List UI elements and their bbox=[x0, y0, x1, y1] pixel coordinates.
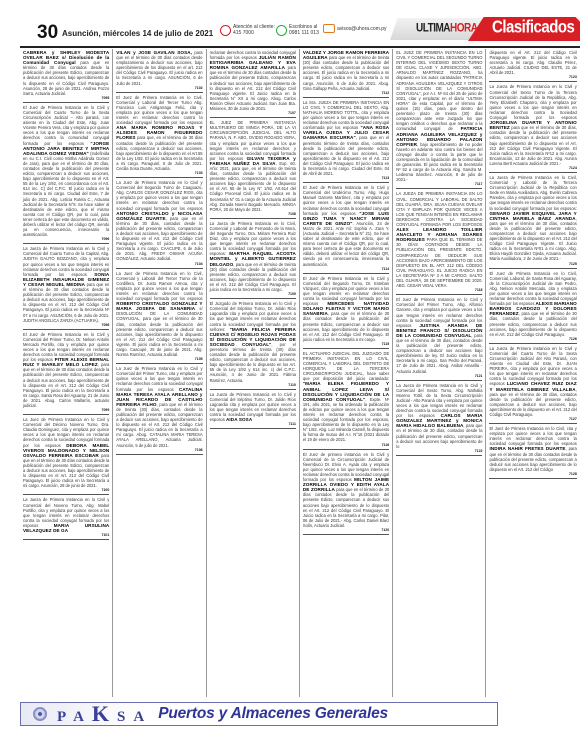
header-rule bbox=[20, 46, 580, 48]
legal-notice: VILAN y JOSE GAVILAN SOSA, para que en e… bbox=[116, 50, 202, 93]
legal-notice: VALDEZ Y JORGE RAMON FERREIRA AGUILERA p… bbox=[303, 50, 389, 98]
legal-notice: El Juez de Primera Instancia en lo Civil… bbox=[116, 95, 202, 178]
notice-code: 7102 bbox=[116, 86, 202, 90]
notice-code: 7121 bbox=[396, 374, 482, 378]
legal-notice: El Juez de Primera Instancia en lo Civil… bbox=[23, 105, 109, 244]
notice-text: para que en el término de 30 días contad… bbox=[210, 65, 296, 111]
notice-text: para que en el término de 30 días contad… bbox=[23, 453, 109, 489]
notice-code: 7114 bbox=[303, 267, 389, 271]
legal-notice: EL JUEZ DE PRIMERA INSTANCIA MULTIFUERO … bbox=[210, 120, 296, 219]
notice-code: 7096 bbox=[23, 237, 109, 241]
notice-text: La Juez de Primera Instancia en lo Civil… bbox=[116, 271, 202, 301]
notice-code: 7109 bbox=[210, 292, 296, 296]
legal-notice: La Sra. JUEZA DE PRIMERA INSTANCIA EN LO… bbox=[303, 100, 389, 183]
legal-notice: El Juzgado de Primera Instancia en lo Ci… bbox=[210, 301, 296, 390]
column-3: reclamar derechos contra la sociedad con… bbox=[207, 49, 300, 697]
legal-notice: La Jueza de Primera Instancia en lo Civi… bbox=[23, 246, 109, 329]
notice-code: 7128 bbox=[489, 472, 576, 476]
column-5: EL JUEZ DE PRIMERA INSTANCIA EN LO CIVIL… bbox=[393, 49, 486, 697]
notice-text: La Jueza de Primera Instancia en lo Civi… bbox=[210, 392, 296, 422]
notice-names: GENARO JAVIER ESQUIVEL JARA Y CINTHIA MA… bbox=[489, 211, 576, 221]
notice-code: 7098 bbox=[23, 323, 109, 327]
notice-code: 7115 bbox=[303, 342, 389, 346]
contact-whatsapp-value: 0981 111 013 bbox=[289, 30, 319, 36]
notice-text: , para que en el término de 30 días, con… bbox=[489, 216, 576, 262]
notice-code: 7127 bbox=[489, 417, 576, 421]
ultima-hora-logo: ULTIMAHORA bbox=[416, 22, 477, 35]
notice-code: 7103 bbox=[116, 171, 202, 175]
legal-notice: El Juez de Primera Instancia en lo Civil… bbox=[303, 185, 389, 274]
notice-code: 7113 bbox=[303, 176, 389, 180]
column-2: VILAN y JOSE GAVILAN SOSA, para que en e… bbox=[113, 49, 206, 697]
notice-code: 7095 bbox=[23, 96, 109, 100]
notice-text: , para que en el término de 30 días, con… bbox=[116, 216, 202, 262]
notice-text: (Indefinida en su C.I. Civil como Mirtha… bbox=[23, 151, 109, 238]
notice-code: 7122 bbox=[396, 449, 482, 453]
contact-email: avisos@uhora.com.py bbox=[323, 24, 387, 33]
notice-text: , por el perentorio término de treinta (… bbox=[210, 342, 296, 383]
notice-code: 7125 bbox=[489, 262, 576, 266]
notice-text: La Juez de Primera Instancia en lo Civil… bbox=[116, 180, 202, 210]
notice-text: , para que en el término de 30 días, con… bbox=[489, 387, 576, 417]
legal-notice: La Jueza de Primera Instancia en lo Civi… bbox=[489, 346, 576, 424]
legal-notice: El Juez de Primera Instancia en lo Civil… bbox=[396, 297, 482, 380]
notice-text: para que en el término de 30 días contad… bbox=[116, 50, 202, 86]
notice-text: , para que en el término de 30 días, con… bbox=[396, 333, 482, 374]
contact-phone: Atención al cliente:415 7000 bbox=[220, 24, 275, 36]
notice-text: para que en término de 30 días contados … bbox=[23, 60, 109, 96]
legal-notice: El Juez de primera instancia en lo Civil… bbox=[303, 452, 389, 535]
notice-text: s/ DISOLUCIÓN DE LA COMUNIDAD CONYUGAL, … bbox=[116, 306, 202, 357]
legal-notice: La Jueza de Primera Instancia en lo Civi… bbox=[23, 497, 109, 540]
legal-notice: La Juez de Primera Instancia en lo Civil… bbox=[116, 180, 202, 269]
notice-text: LA JUEZA DE PRIMERA INSTANCIA EN LO CIVI… bbox=[396, 191, 482, 227]
phone-icon bbox=[220, 25, 231, 36]
notice-code: 7126 bbox=[489, 337, 576, 341]
email-icon bbox=[323, 24, 335, 33]
notice-names: AIDA SOSA bbox=[226, 417, 252, 422]
notice-text: para que en el término de treinta (30) d… bbox=[303, 55, 389, 91]
notice-text: El Juez de Primera Instancia en lo Civil… bbox=[489, 426, 576, 446]
legal-notice: CABRERA y SHIRLEY MODESTA OVELAR BAEZ s/… bbox=[23, 50, 109, 103]
legal-notice: La Jueza de Primera Instancia en lo Civi… bbox=[489, 175, 576, 269]
notice-code: 7107 bbox=[210, 111, 296, 115]
notice-code: 7118 bbox=[396, 288, 482, 292]
legal-notice: La Jueza de Primera Instancia en lo Civi… bbox=[396, 383, 482, 456]
contact-phone-value: 415 7000 bbox=[233, 30, 254, 36]
notice-text: para que en el término de 30 días, conta… bbox=[489, 125, 576, 166]
contact-email-value: avisos@uhora.com.py bbox=[337, 26, 387, 32]
notice-text: , bajo apercibimiento de no poder hacerl… bbox=[396, 142, 482, 183]
page-header: 30 Asunción, miércoles 14 de julio de 20… bbox=[0, 0, 580, 46]
notice-text: , para que en el término de 30 días cont… bbox=[303, 311, 389, 341]
notice-code: 7124 bbox=[489, 166, 576, 170]
notice-text: La Jueza de Primera Instancia en lo Civi… bbox=[489, 84, 576, 120]
notice-text: para que en el término de 30 días contad… bbox=[303, 487, 389, 528]
logo-ultima: ULTIMA bbox=[416, 22, 450, 35]
legal-notice: El Juez de Primera Instancia en lo Civil… bbox=[23, 332, 109, 415]
notice-text: para que en el término de 30 días contad… bbox=[23, 282, 109, 323]
notice-code: 7111 bbox=[210, 422, 296, 426]
notice-text: para que, en el término de 30 días conta… bbox=[116, 135, 202, 171]
notice-text: , Expte. Nº 191, año 2021, se ha ordenad… bbox=[303, 397, 389, 443]
notice-code: 7105 bbox=[116, 357, 202, 361]
legal-notice: EL JUEZ DE PRIMERA INSTANCIA EN LO CIVIL… bbox=[396, 50, 482, 189]
legal-notice: EL ACTUARIO JUDICIAL DEL JUZGADO DE PRIM… bbox=[303, 351, 389, 450]
notice-code: 7101 bbox=[23, 533, 109, 537]
page-date: Asunción, miércoles 14 de julio de 2021 bbox=[62, 29, 213, 38]
notice-code: 7123 bbox=[489, 75, 576, 79]
paksa-advertisement[interactable]: PAKSA Puertos y Almacenes Generales bbox=[20, 702, 498, 726]
notice-text: , para que en el perentorio término de t… bbox=[303, 135, 389, 176]
column-1: CABRERA y SHIRLEY MODESTA OVELAR BAEZ s/… bbox=[20, 49, 113, 697]
notice-text: EL ACTUARIO JUDICIAL DEL JUZGADO DE PRIM… bbox=[303, 351, 389, 381]
legal-notice: La Jueza de Primera Instancia en lo Civi… bbox=[210, 221, 296, 299]
notice-code: 7104 bbox=[116, 262, 202, 266]
legal-notice: La Jueza de Primera Instancia en lo Civi… bbox=[489, 84, 576, 173]
contact-whatsapp: Escribinos al0981 111 013 bbox=[276, 24, 319, 36]
notice-text: EL JUEZ DE PRIMERA INSTANCIA EN LO CIVIL… bbox=[396, 50, 482, 131]
legal-notice: La Jueza de Primera Instancia en lo Civi… bbox=[210, 392, 296, 430]
notice-code: 7100 bbox=[23, 488, 109, 492]
section-title: Clasificados bbox=[492, 18, 574, 38]
notice-code: 7117 bbox=[396, 182, 482, 186]
notice-code: 7099 bbox=[23, 408, 109, 412]
notice-code: 7120 bbox=[303, 528, 389, 532]
legal-notice: reclamar derechos contra la sociedad con… bbox=[210, 50, 296, 118]
legal-notice: La Juez de Primera Instancia en lo Civil… bbox=[116, 271, 202, 365]
legal-notice: El Juez de Primera Instancia en lo Civil… bbox=[489, 271, 576, 344]
notice-text: . Exp. 60. Año: 2021, para que, en el té… bbox=[210, 161, 296, 212]
classifieds-columns: CABRERA y SHIRLEY MODESTA OVELAR BAEZ s/… bbox=[20, 49, 580, 697]
paksa-emblem-icon bbox=[33, 707, 47, 721]
notice-text: , para que en el término de treinta (30)… bbox=[116, 402, 202, 448]
legal-notice: La Juez de Primera Instancia en lo Civil… bbox=[116, 366, 202, 455]
legal-notice: El Juez de Primera Instancia en lo Civil… bbox=[489, 426, 576, 479]
notice-code: 7112 bbox=[303, 91, 389, 95]
legal-notice: La Juez de Primera Instancia en lo Civil… bbox=[23, 417, 109, 495]
column-6: dispuesto en el Art. 212 del Código Civi… bbox=[486, 49, 579, 697]
notice-code: 7116 bbox=[303, 443, 389, 447]
column-4: VALDEZ Y JORGE RAMON FERREIRA AGUILERA p… bbox=[300, 49, 393, 697]
notice-text: EL JUEZ DE PRIMERA INSTANCIA MULTIFUERO … bbox=[210, 120, 296, 161]
page-number: 30 bbox=[37, 22, 58, 44]
notice-text: dispuesto en el Art. 212 del Código Civi… bbox=[489, 50, 576, 75]
paksa-wordmark: PAKSA bbox=[57, 701, 152, 727]
notice-code: 7108 bbox=[210, 212, 296, 216]
notice-text: La Jueza de Primera Instancia en lo Civi… bbox=[489, 175, 576, 211]
notice-text: . Asunción, 24 de Marzo de 2021. Ante mí… bbox=[303, 221, 389, 267]
notice-text: , para que en el término de 30 días cont… bbox=[23, 362, 109, 408]
notice-text: PARA QUE EL TÉRMINO DE 30 DÍAS CONTADOS … bbox=[396, 237, 482, 288]
legal-notice: El Juez de Primera Instancia en lo Civil… bbox=[303, 276, 389, 349]
paksa-tagline: Puertos y Almacenes Generales bbox=[158, 705, 388, 723]
whatsapp-icon bbox=[276, 25, 287, 36]
notice-names: ROBERTO CRISTALDO GONZALEZ Y MARIA JOSEF… bbox=[116, 301, 202, 311]
notice-code: 7110 bbox=[210, 383, 296, 387]
notice-code: 7106 bbox=[116, 448, 202, 452]
notice-text: , para que en el término de treinta (30)… bbox=[210, 262, 296, 292]
notice-text: La Jueza de Primera Instancia en lo Civi… bbox=[489, 346, 576, 387]
legal-notice: dispuesto en el Art. 212 del Código Civi… bbox=[489, 50, 576, 82]
notice-text: El Juez de Primera Instancia en lo Civil… bbox=[23, 105, 109, 146]
legal-notice: LA JUEZA DE PRIMERA INSTANCIA EN LO CIVI… bbox=[396, 191, 482, 295]
notice-text: El Juez de Primera Instancia en lo Civil… bbox=[116, 95, 202, 125]
